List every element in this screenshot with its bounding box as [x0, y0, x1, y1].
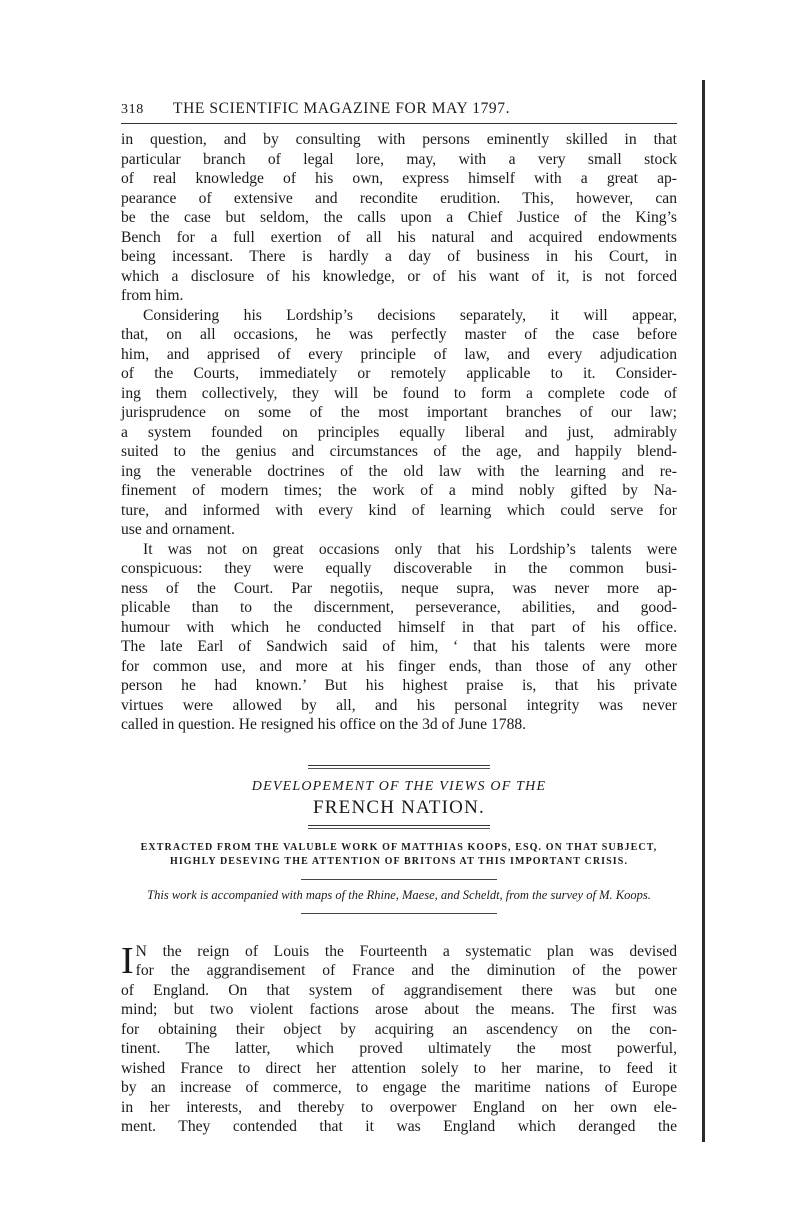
divider-rule	[301, 879, 497, 880]
text-line: finement of modern times; the work of a …	[121, 481, 677, 501]
page-binding-edge	[702, 80, 705, 1142]
text-line: which a disclosure of his knowledge, or …	[121, 267, 677, 287]
text-line: being incessant. There is hardly a day o…	[121, 247, 677, 267]
text-line: pearance of extensive and recondite erud…	[121, 189, 677, 209]
maps-note: This work is accompanied with maps of th…	[121, 888, 677, 903]
paragraph-lordship-talents: It was not on great occasions only that …	[121, 540, 677, 735]
text-line: for the aggrandisement of France and the…	[121, 961, 677, 981]
article-title-line-2: FRENCH NATION.	[121, 797, 677, 819]
subtitle-line: highly deseving the attention of Britons…	[121, 855, 677, 869]
header-rule	[121, 123, 677, 124]
text-line: ing the venerable doctrines of the old l…	[121, 462, 677, 482]
text-line: Bench for a full exertion of all his nat…	[121, 228, 677, 248]
continued-paragraph: in question, and by consulting with pers…	[121, 130, 677, 306]
text-line: be the case but seldom, the calls upon a…	[121, 208, 677, 228]
text-line: virtues were allowed by all, and his per…	[121, 696, 677, 716]
text-line: It was not on great occasions only that …	[121, 540, 677, 560]
text-line: by an increase of commerce, to engage th…	[121, 1078, 677, 1098]
text-line: of England. On that system of aggrandise…	[121, 981, 677, 1001]
drop-cap: I	[121, 944, 134, 980]
text-line: that, on all occasions, he was perfectly…	[121, 325, 677, 345]
text-line: use and ornament.	[121, 520, 677, 540]
text-line: particular branch of legal lore, may, wi…	[121, 150, 677, 170]
article-heading: Developement of the Views of the FRENCH …	[121, 765, 677, 914]
text-line: of the Courts, immediately or remotely a…	[121, 364, 677, 384]
text-line: suited to the genius and circumstances o…	[121, 442, 677, 462]
running-head: 318 THE SCIENTIFIC MAGAZINE FOR MAY 1797…	[121, 100, 677, 120]
ornamental-rule-top	[308, 765, 490, 769]
text-line: mind; but two violent factions arose abo…	[121, 1000, 677, 1020]
article-body: I N the reign of Louis the Fourteenth a …	[121, 942, 677, 1137]
text-line: for obtaining their object by acquiring …	[121, 1020, 677, 1040]
text-line: N the reign of Louis the Fourteenth a sy…	[121, 942, 677, 962]
text-line: person he had known.’ But his highest pr…	[121, 676, 677, 696]
text-line: a system founded on principles equally l…	[121, 423, 677, 443]
page-number: 318	[121, 102, 173, 118]
text-line: humour with which he conducted himself i…	[121, 618, 677, 638]
text-line: him, and apprised of every principle of …	[121, 345, 677, 365]
text-line: from him.	[121, 286, 677, 306]
text-line: ness of the Court. Par negotiis, neque s…	[121, 579, 677, 599]
subtitle-line: Extracted from the valuble work of Matth…	[121, 841, 677, 855]
text-line: The late Earl of Sandwich said of him, ‘…	[121, 637, 677, 657]
text-line: tinent. The latter, which proved ultimat…	[121, 1039, 677, 1059]
text-line: of real knowledge of his own, express hi…	[121, 169, 677, 189]
text-line: conspicuous: they were equally discovera…	[121, 559, 677, 579]
text-line: ing them collectively, they will be foun…	[121, 384, 677, 404]
text-line: in her interests, and thereby to overpow…	[121, 1098, 677, 1118]
text-line: for common use, and more at his finger e…	[121, 657, 677, 677]
text-line: plicable than to the discernment, persev…	[121, 598, 677, 618]
magazine-page: 318 THE SCIENTIFIC MAGAZINE FOR MAY 1797…	[121, 100, 677, 1137]
text-line: ture, and informed with every kind of le…	[121, 501, 677, 521]
text-line: jurisprudence on some of the most import…	[121, 403, 677, 423]
article-title-line-1: Developement of the Views of the	[121, 779, 677, 795]
text-line: ment. They contended that it was England…	[121, 1117, 677, 1137]
article-subtitle: Extracted from the valuble work of Matth…	[121, 841, 677, 869]
text-line: Considering his Lordship’s decisions sep…	[121, 306, 677, 326]
running-title: THE SCIENTIFIC MAGAZINE FOR MAY 1797.	[173, 100, 677, 118]
text-line: wished France to direct her attention so…	[121, 1059, 677, 1079]
divider-rule	[301, 913, 497, 914]
paragraph-lordship-decisions: Considering his Lordship’s decisions sep…	[121, 306, 677, 540]
text-line: called in question. He resigned his offi…	[121, 715, 677, 735]
text-line: in question, and by consulting with pers…	[121, 130, 677, 150]
ornamental-rule-bottom	[308, 825, 490, 829]
